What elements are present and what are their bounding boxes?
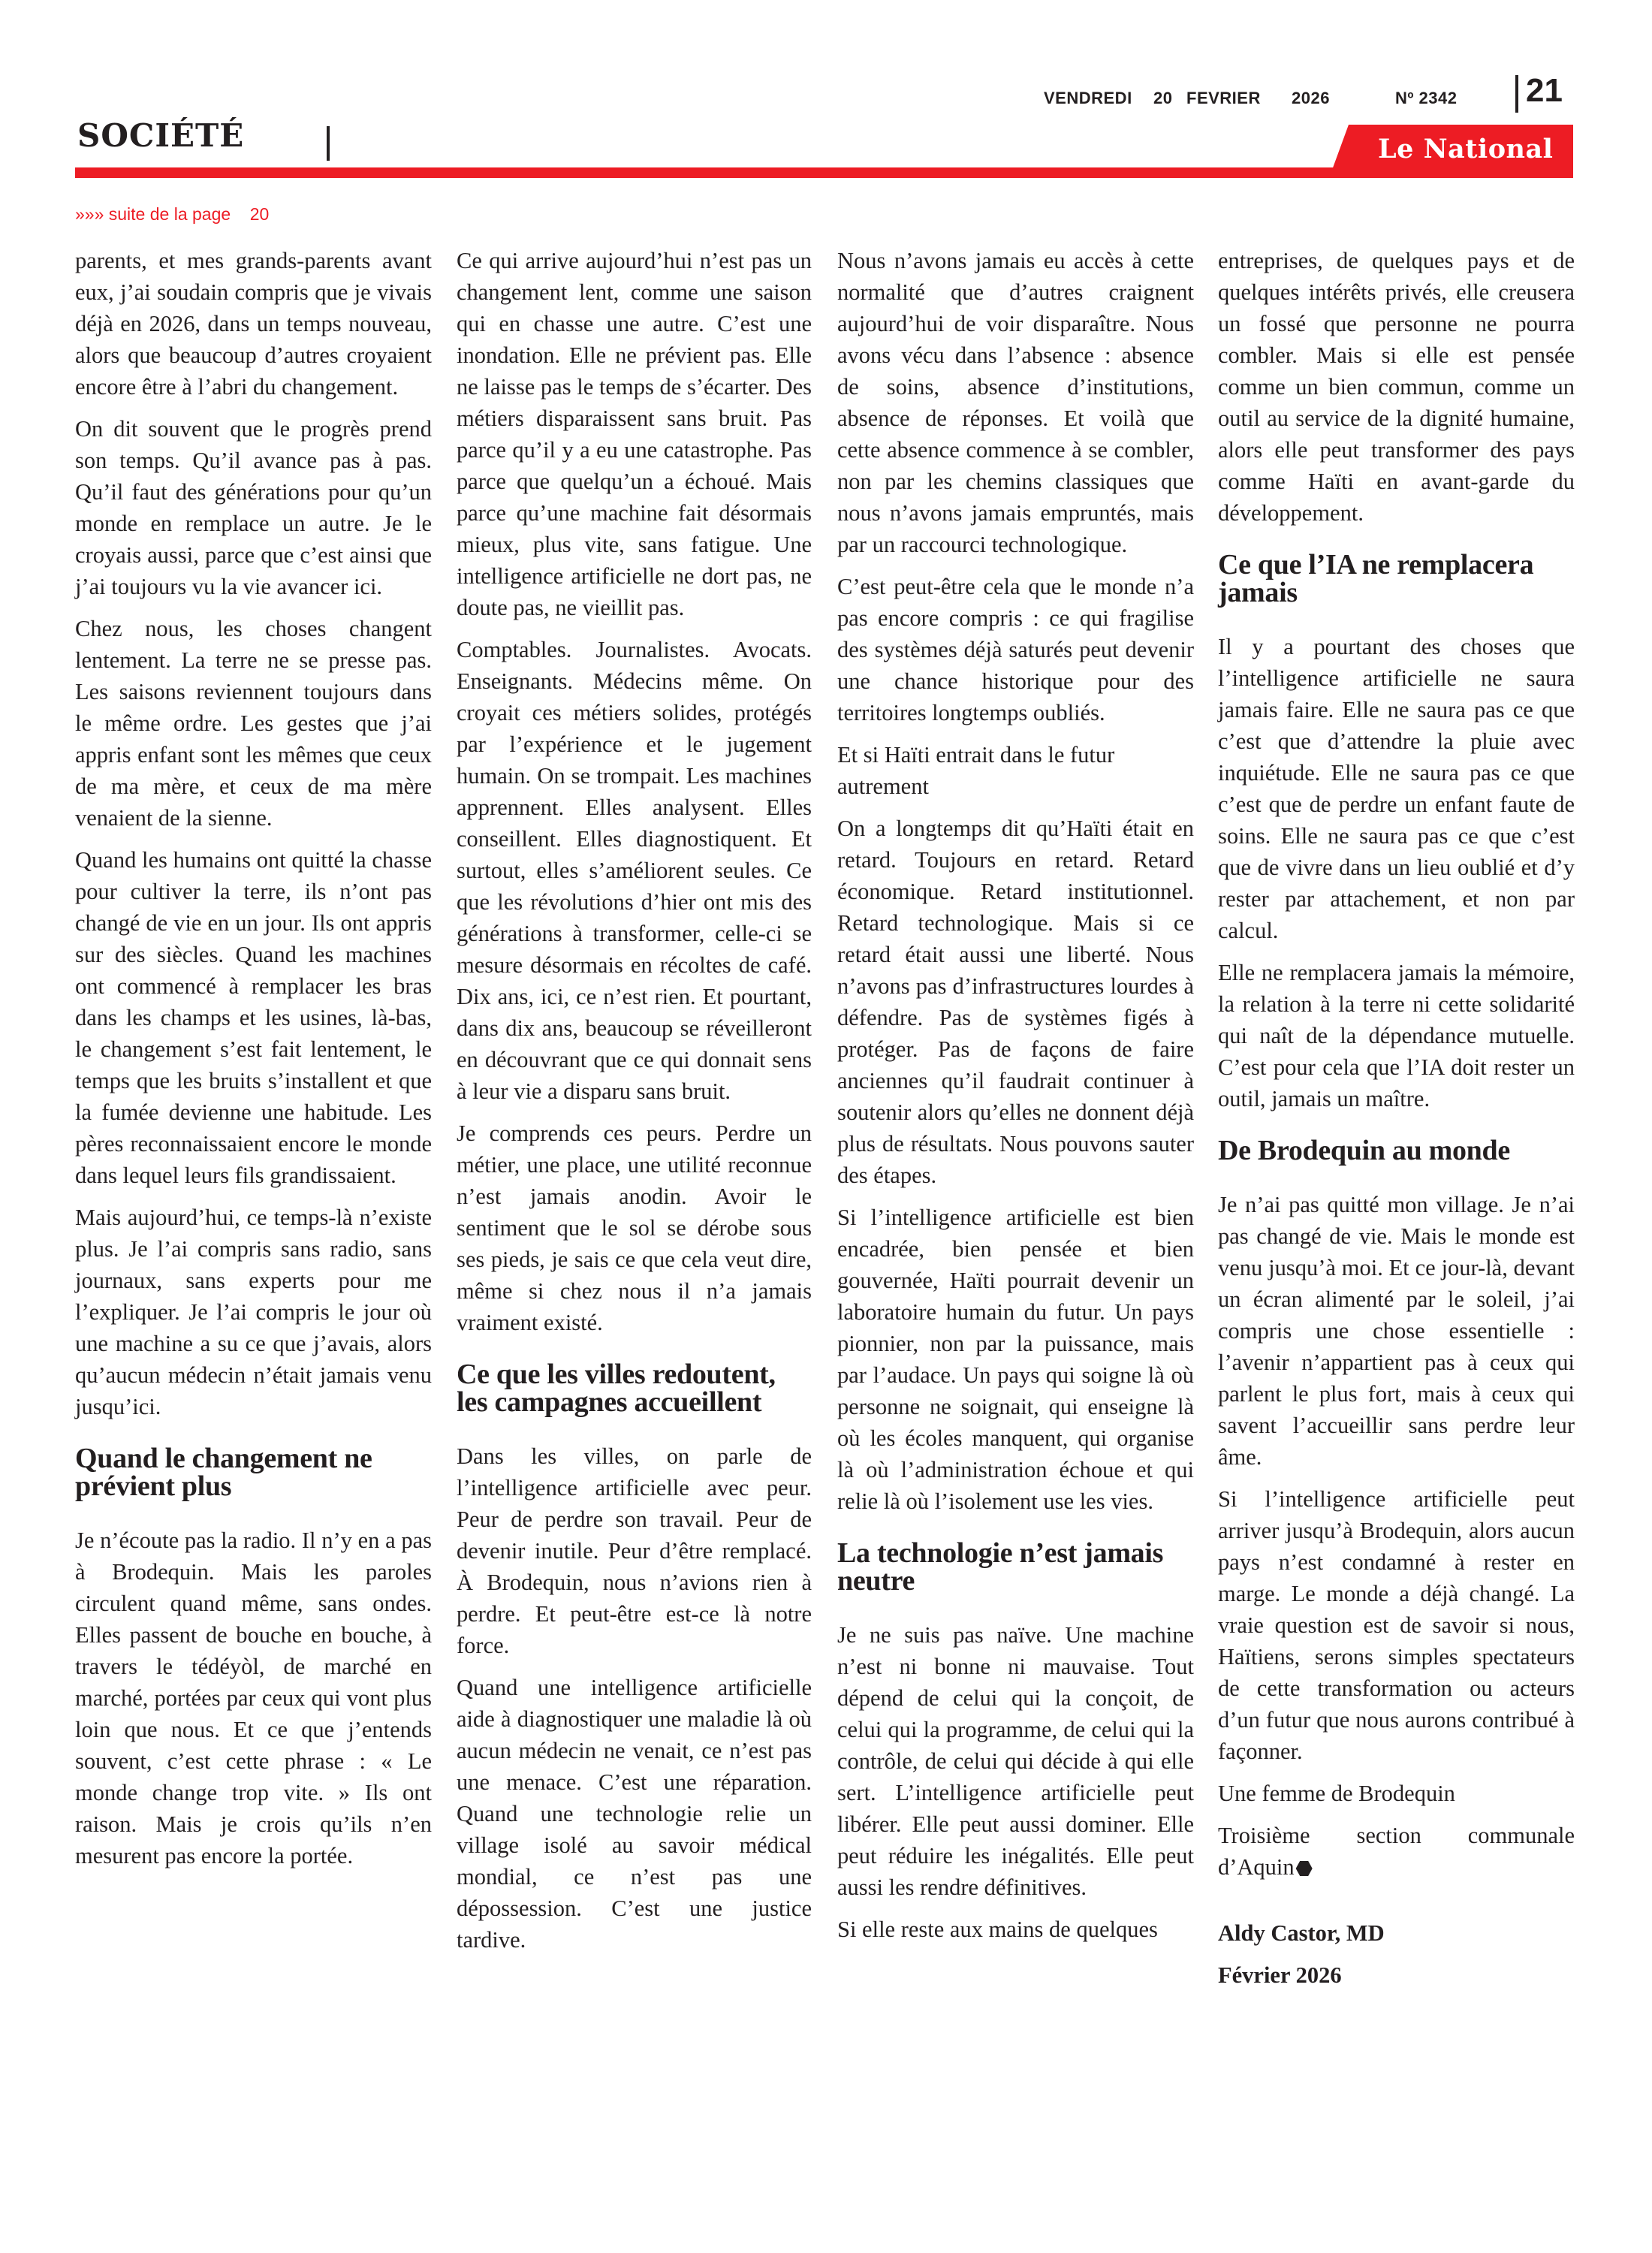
paragraph: Ce qui arrive aujourd’hui n’est pas un c… (457, 245, 812, 623)
newspaper-name: Le National (1378, 134, 1553, 164)
paragraph: Si l’intelligence artificielle peut arri… (1218, 1483, 1575, 1767)
subheading: Quand le changement ne prévient plus (75, 1445, 432, 1500)
paragraph: Si elle reste aux mains de quelques (837, 1914, 1194, 1945)
paragraph: C’est peut-être cela que le monde n’a pa… (837, 571, 1194, 728)
paragraph: Chez nous, les choses changent lentement… (75, 613, 432, 834)
signature-location: Troisième section communale d’Aquin (1218, 1820, 1575, 1883)
year: 2026 (1292, 89, 1330, 108)
issue-number: Nº 2342 (1395, 89, 1457, 108)
paragraph: Elle ne remplacera jamais la mémoire, la… (1218, 957, 1575, 1114)
issue-date-line: VENDREDI 20 FEVRIER 2026 Nº 2342 (1044, 81, 1509, 111)
author-block: Aldy Castor, MD Février 2026 (1218, 1917, 1575, 1991)
paragraph: Je n’ai pas quitté mon village. Je n’ai … (1218, 1189, 1575, 1473)
subheading: Ce que les villes redoutent, les campagn… (457, 1361, 812, 1416)
day: 20 (1153, 89, 1172, 108)
section-title: SOCIÉTÉ (77, 117, 244, 154)
paragraph: Je n’écoute pas la radio. Il n’y en a pa… (75, 1525, 432, 1871)
paragraph: Si l’intelligence artificielle est bien … (837, 1202, 1194, 1517)
paragraph: Nous n’avons jamais eu accès à cette nor… (837, 245, 1194, 560)
paragraph: parents, et mes grands-parents avant eux… (75, 245, 432, 403)
article-column-3: Nous n’avons jamais eu accès à cette nor… (837, 245, 1194, 1956)
weekday: VENDREDI (1044, 89, 1132, 108)
subheading: La technologie n’est jamais neutre (837, 1540, 1194, 1595)
author-name: Aldy Castor, MD (1218, 1917, 1575, 1949)
author-date: Février 2026 (1218, 1959, 1575, 1991)
subheading: Ce que l’IA ne remplacera jamais (1218, 551, 1575, 607)
paragraph: On dit souvent que le progrès prend son … (75, 413, 432, 602)
paragraph: entreprises, de quelques pays et de quel… (1218, 245, 1575, 529)
paragraph: Je ne suis pas naïve. Une machine n’est … (837, 1619, 1194, 1903)
paragraph: Je comprends ces peurs. Perdre un métier… (457, 1117, 812, 1338)
article-column-1: parents, et mes grands-parents avant eux… (75, 245, 432, 1882)
month: FEVRIER (1186, 89, 1261, 108)
signature-location-text: Troisième section communale d’Aquin (1218, 1823, 1575, 1880)
article-column-2: Ce qui arrive aujourd’hui n’est pas un c… (457, 245, 812, 1966)
paragraph: Comptables. Journalistes. Avocats. Ensei… (457, 634, 812, 1107)
page-number-divider (1515, 75, 1518, 113)
page-number: 21 (1526, 72, 1563, 110)
paragraph: Et si Haïti entrait dans le futur autrem… (837, 739, 1194, 802)
paragraph: Quand les humains ont quitté la chasse p… (75, 844, 432, 1191)
signature-line: Une femme de Brodequin (1218, 1778, 1575, 1809)
paragraph: Quand une intelligence artificielle aide… (457, 1672, 812, 1956)
end-of-article-icon (1296, 1861, 1313, 1876)
continued-from-link[interactable]: »»» suite de la page 20 (75, 204, 269, 225)
paragraph: Il y a pourtant des choses que l’intelli… (1218, 631, 1575, 946)
paragraph: On a longtemps dit qu’Haïti était en ret… (837, 813, 1194, 1191)
section-divider (327, 126, 330, 161)
paragraph: Dans les villes, on parle de l’intellige… (457, 1440, 812, 1661)
article-column-4: entreprises, de quelques pays et de quel… (1218, 245, 1575, 2001)
paragraph: Mais aujourd’hui, ce temps-là n’existe p… (75, 1202, 432, 1422)
subheading: De Brodequin au monde (1218, 1137, 1575, 1165)
